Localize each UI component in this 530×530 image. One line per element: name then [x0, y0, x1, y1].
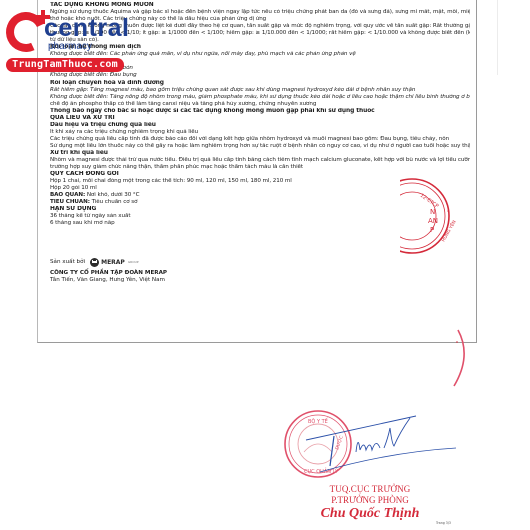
- text-line: Không được biết đến: Tăng nồng độ nhôm t…: [50, 94, 470, 101]
- company-address: Tân Tiến, Văn Giang, Hưng Yên, Việt Nam: [50, 277, 167, 284]
- text-line: Các triệu chứng quá liều cấp tính đã đượ…: [50, 136, 470, 143]
- watermark-sub: pharmacy: [48, 41, 92, 52]
- merap-group: GROUP: [128, 259, 139, 266]
- section-heading: Xử trí khi quá liều: [50, 150, 470, 157]
- section-heading: Thông báo ngay cho bác sĩ hoặc dược sĩ c…: [50, 108, 470, 115]
- section-heading: Rối loạn chuyển hóa và dinh dưỡng: [50, 80, 470, 87]
- field-label: BẢO QUẢN:: [50, 192, 85, 198]
- page-number: Trang 3/3: [436, 521, 451, 525]
- approval-line-2: P.TRƯỞNG PHÒNG: [300, 495, 440, 506]
- field-value: Nơi khô, dưới 30 °C: [85, 192, 139, 198]
- text-line: Nhôm và magnesi được thải trừ qua nước t…: [50, 157, 470, 164]
- section-heading: Dấu hiệu và triệu chứng quá liều: [50, 122, 470, 129]
- text-line: trường hợp suy giảm chức năng thận, thẩm…: [50, 164, 470, 171]
- watermark-brand: central: [44, 14, 129, 43]
- merap-brand: MERAP: [101, 259, 125, 266]
- field-value: Tiêu chuẩn cơ sở: [90, 199, 138, 205]
- svg-text:AN: AN: [428, 217, 438, 225]
- made-by-label: Sản xuất bởi: [50, 259, 85, 266]
- manufacturer-block: Sản xuất bởi MERAP GROUP CÔNG TY CỔ PHẦN…: [50, 258, 167, 285]
- svg-text:N: N: [430, 208, 435, 216]
- text-line: Ít khi xảy ra các triệu chứng nghiêm trọ…: [50, 129, 470, 136]
- text-line: chế độ ăn phospho thấp có thể làm tăng c…: [50, 101, 470, 108]
- text-line: Rất hiếm gặp: Tăng magnesi máu, bao gồm …: [50, 87, 470, 94]
- field-label: TIÊU CHUẨN:: [50, 199, 90, 205]
- approval-line-1: TUQ.CỤC TRƯỞNG: [300, 484, 440, 495]
- made-by-row: Sản xuất bởi MERAP GROUP: [50, 258, 167, 267]
- merap-logo-icon: [90, 258, 99, 267]
- section-heading: QUÁ LIỀU VÀ XỬ TRÍ: [50, 115, 470, 122]
- watermark-url: TrungTamThuoc.com: [6, 58, 124, 72]
- approval-block: TUQ.CỤC TRƯỞNG P.TRƯỞNG PHÒNG Chu Quốc T…: [300, 484, 440, 522]
- signature-icon: [300, 408, 460, 478]
- page-edge: [497, 0, 498, 75]
- merap-logo: MERAP GROUP: [90, 258, 139, 267]
- svg-text:P: P: [430, 226, 434, 234]
- stamp-arc-icon: [450, 328, 472, 388]
- text-line: Sử dụng một liều lớn thuốc này có thể gâ…: [50, 143, 470, 150]
- watermark-logo: central pharmacy TrungTamThuoc.com: [0, 8, 150, 80]
- company-stamp-icon: 12-CTCP N AN P HUNG YÊN *: [400, 176, 470, 256]
- signer-name: Chu Quốc Thịnh: [300, 506, 440, 522]
- company-stamp: 12-CTCP N AN P HUNG YÊN *: [400, 176, 470, 256]
